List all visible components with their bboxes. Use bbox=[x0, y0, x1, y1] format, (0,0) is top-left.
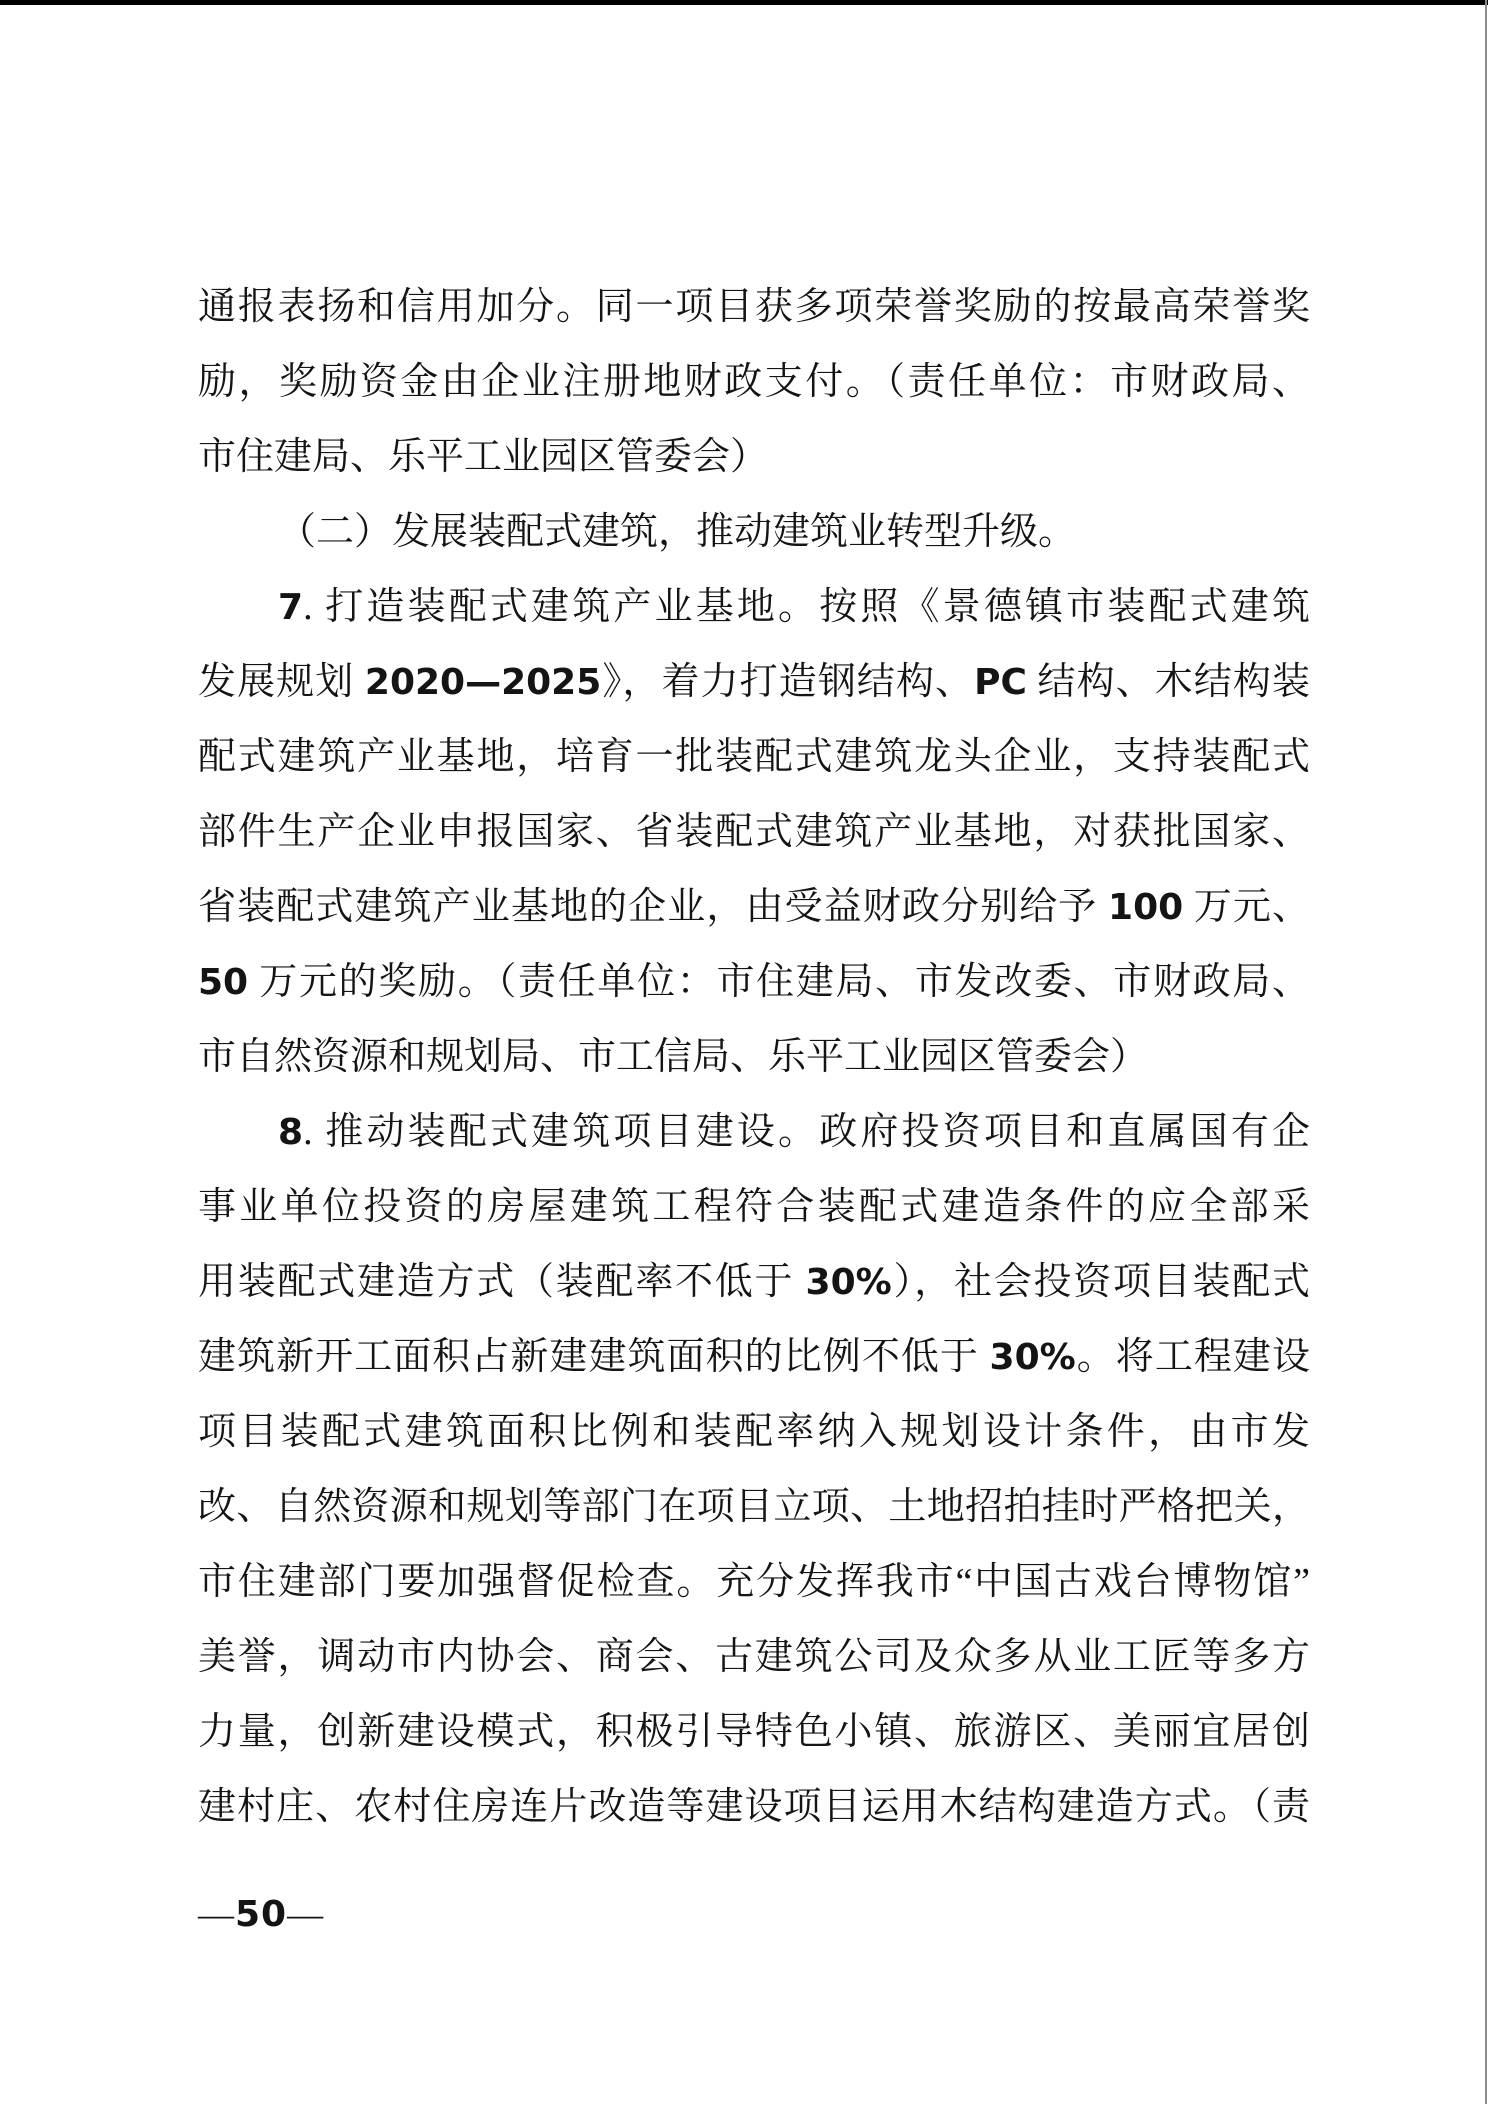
text-line: 市自然资源和规划局、市工信局、乐平工业园区管委会） bbox=[198, 1020, 1310, 1095]
text-line: 项目装配式建筑面积比例和装配率纳入规划设计条件，由市发 bbox=[198, 1395, 1310, 1470]
text-line: 省装配式建筑产业基地的企业，由受益财政分别给予 100 万元、 bbox=[198, 870, 1310, 945]
numeral: 30% bbox=[806, 1262, 892, 1303]
paragraph: （二）发展装配式建筑，推动建筑业转型升级。 bbox=[198, 495, 1310, 570]
text-line: 建村庄、农村住房连片改造等建设项目运用木结构建造方式。（责 bbox=[198, 1770, 1310, 1845]
paragraph: 8. 推动装配式建筑项目建设。政府投资项目和直属国有企事业单位投资的房屋建筑工程… bbox=[198, 1095, 1310, 1845]
page-number: —50— bbox=[198, 1894, 324, 1935]
text-line: 建筑新开工面积占新建建筑面积的比例不低于 30%。将工程建设 bbox=[198, 1320, 1310, 1395]
numeral: 50 bbox=[235, 1894, 287, 1935]
numeral: 7 bbox=[278, 587, 303, 628]
text-line: 8. 推动装配式建筑项目建设。政府投资项目和直属国有企 bbox=[198, 1095, 1310, 1170]
numeral: 2020—2025 bbox=[365, 662, 601, 703]
text-line: 美誉，调动市内协会、商会、古建筑公司及众多从业工匠等多方 bbox=[198, 1620, 1310, 1695]
document-page: 通报表扬和信用加分。同一项目获多项荣誉奖励的按最高荣誉奖励，奖励资金由企业注册地… bbox=[0, 0, 1488, 2104]
paragraph: 7. 打造装配式建筑产业基地。按照《景德镇市装配式建筑发展规划 2020—202… bbox=[198, 570, 1310, 1095]
paragraph: 通报表扬和信用加分。同一项目获多项荣誉奖励的按最高荣誉奖励，奖励资金由企业注册地… bbox=[198, 270, 1310, 495]
text-line: 通报表扬和信用加分。同一项目获多项荣誉奖励的按最高荣誉奖 bbox=[198, 270, 1310, 345]
text-line: 市住建部门要加强督促检查。充分发挥我市“中国古戏台博物馆” bbox=[198, 1545, 1310, 1620]
text-line: 市住建局、乐平工业园区管委会） bbox=[198, 420, 1310, 495]
text-line: 发展规划 2020—2025》，着力打造钢结构、PC 结构、木结构装 bbox=[198, 645, 1310, 720]
text-line: 事业单位投资的房屋建筑工程符合装配式建造条件的应全部采 bbox=[198, 1170, 1310, 1245]
numeral: 30% bbox=[990, 1337, 1076, 1378]
text-line: 7. 打造装配式建筑产业基地。按照《景德镇市装配式建筑 bbox=[198, 570, 1310, 645]
text-line: （二）发展装配式建筑，推动建筑业转型升级。 bbox=[198, 495, 1310, 570]
text-line: 力量，创新建设模式，积极引导特色小镇、旅游区、美丽宜居创 bbox=[198, 1695, 1310, 1770]
text-line: 励，奖励资金由企业注册地财政支付。（责任单位：市财政局、 bbox=[198, 345, 1310, 420]
text-line: 改、自然资源和规划等部门在项目立项、土地招拍挂时严格把关， bbox=[198, 1470, 1310, 1545]
numeral: 8 bbox=[278, 1112, 303, 1153]
text-line: 50 万元的奖励。（责任单位：市住建局、市发改委、市财政局、 bbox=[198, 945, 1310, 1020]
numeral: 100 bbox=[1108, 887, 1183, 928]
numeral: PC bbox=[974, 662, 1027, 703]
text-line: 部件生产企业申报国家、省装配式建筑产业基地，对获批国家、 bbox=[198, 795, 1310, 870]
text-line: 用装配式建造方式（装配率不低于 30%），社会投资项目装配式 bbox=[198, 1245, 1310, 1320]
text-line: 配式建筑产业基地，培育一批装配式建筑龙头企业，支持装配式 bbox=[198, 720, 1310, 795]
scan-edge-top bbox=[0, 0, 1488, 5]
scan-edge-right bbox=[1485, 0, 1487, 2104]
numeral: 50 bbox=[198, 962, 248, 1003]
document-body: 通报表扬和信用加分。同一项目获多项荣誉奖励的按最高荣誉奖励，奖励资金由企业注册地… bbox=[198, 270, 1310, 1845]
